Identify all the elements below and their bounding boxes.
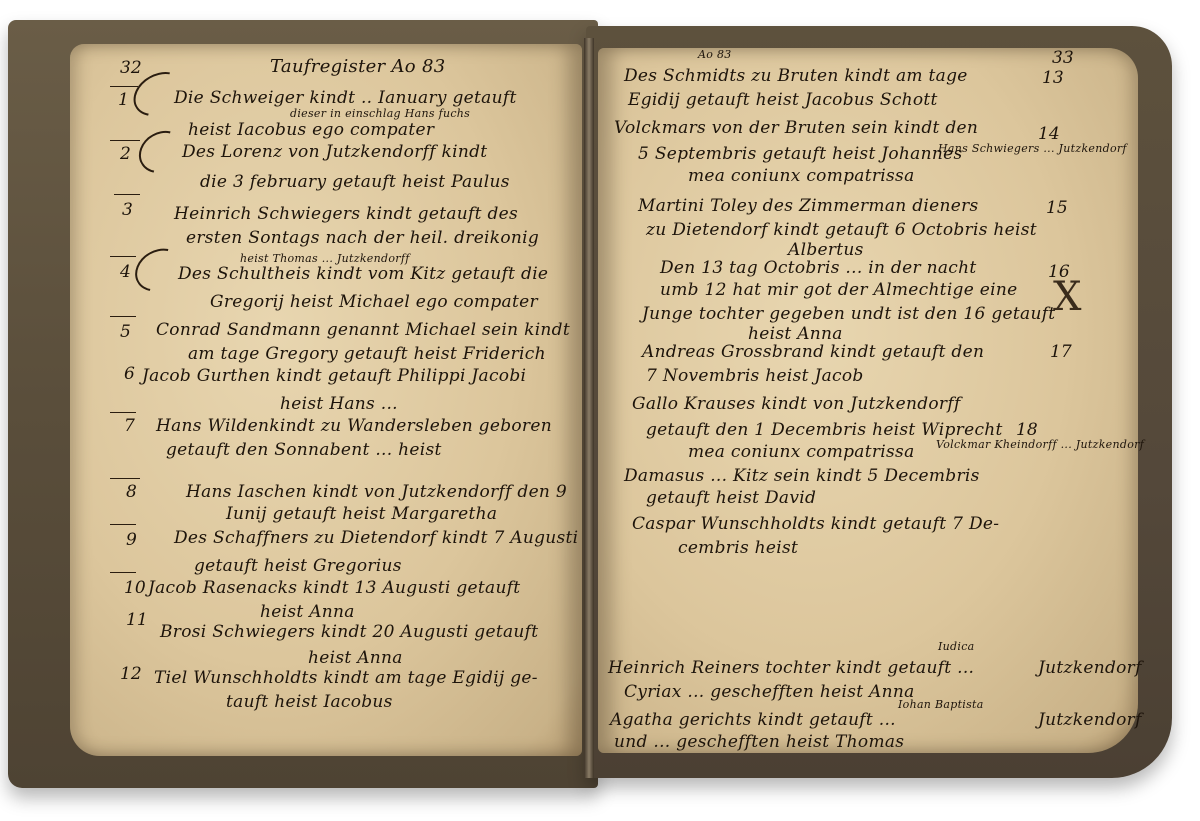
page-number: 32: [120, 58, 142, 78]
entry-line: heist Hans ...: [280, 394, 398, 414]
entry-line: Albertus: [788, 240, 864, 260]
place-note: Jutzkendorf: [1038, 710, 1142, 730]
entry-line: mea coniunx compatrissa: [688, 442, 915, 462]
entry-line: 7 Novembris heist Jacob: [646, 366, 864, 386]
entry-line: Des Lorenz von Jutzkendorff kindt: [182, 142, 487, 162]
entry-number: 15: [1046, 198, 1068, 218]
entry-line: Des Schmidts zu Bruten kindt am tage: [624, 66, 968, 86]
entry-line: Des Schaffners zu Dietendorf kindt 7 Aug…: [174, 528, 578, 548]
entry-line: heist Anna: [748, 324, 843, 344]
entry-note: dieser in einschlag Hans fuchs: [290, 107, 470, 120]
entry-line: Gregorij heist Michael ego compater: [210, 292, 538, 312]
book-spine: [584, 38, 594, 778]
entry-line: Egidij getauft heist Jacobus Schott: [628, 90, 938, 110]
entry-note: Iohan Baptista: [898, 698, 984, 711]
x-mark: X: [1053, 274, 1081, 320]
entry-line: Martini Toley des Zimmerman dieners: [638, 196, 979, 216]
entry-line: getauft heist Gregorius: [194, 556, 402, 576]
entry-line: Damasus ... Kitz sein kindt 5 Decembris: [624, 466, 980, 486]
entry-line: Hans Wildenkindt zu Wandersleben geboren: [156, 416, 552, 436]
entry-number: 12: [120, 664, 142, 684]
entry-line: Jacob Rasenacks kindt 13 Augusti getauft: [148, 578, 520, 598]
entry-line: cembris heist: [678, 538, 798, 558]
entry-line: Den 13 tag Octobris ... in der nacht: [660, 258, 977, 278]
entry-line: 5 Septembris getauft heist Johannes: [638, 144, 963, 164]
entry-number: 8: [126, 482, 137, 502]
entry-line: Jacob Gurthen kindt getauft Philippi Jac…: [142, 366, 526, 386]
entry-number: 6: [124, 364, 135, 384]
entry-line: und ... geschefften heist Thomas: [614, 732, 904, 752]
entry-line: Conrad Sandmann genannt Michael sein kin…: [156, 320, 570, 340]
entry-line: Brosi Schwiegers kindt 20 Augusti getauf…: [160, 622, 538, 642]
entry-line: Agatha gerichts kindt getauft ...: [610, 710, 896, 730]
page-number: 33: [1052, 48, 1074, 68]
entry-line: ersten Sontags nach der heil. dreikonig: [186, 228, 539, 248]
entry-line: getauft den 1 Decembris heist Wiprecht: [646, 420, 1003, 440]
entry-line: Hans Iaschen kindt von Jutzkendorff den …: [186, 482, 567, 502]
entry-line: am tage Gregory getauft heist Friderich: [188, 344, 546, 364]
entry-line: Tiel Wunschholdts kindt am tage Egidij g…: [154, 668, 538, 688]
entry-line: Iunij getauft heist Margaretha: [226, 504, 497, 524]
open-book: 32 Taufregister Ao 83 1 Die Schweiger ki…: [8, 18, 1176, 790]
entry-line: heist Anna: [308, 648, 403, 668]
entry-note: Hans Schwiegers ... Jutzkendorf: [938, 142, 1127, 155]
entry-line: tauft heist Iacobus: [226, 692, 393, 712]
entry-line: heist Iacobus ego compater: [188, 120, 434, 140]
page-heading: Ao 83: [698, 48, 732, 61]
entry-number: 18: [1016, 420, 1038, 440]
entry-note: Volckmar Kheindorff ... Jutzkendorf: [936, 438, 1144, 451]
entry-number: 13: [1042, 68, 1064, 88]
entry-line: umb 12 hat mir got der Almechtige eine: [660, 280, 1018, 300]
entry-line: Volckmars von der Bruten sein kindt den: [614, 118, 978, 138]
entry-line: Des Schultheis kindt vom Kitz getauft di…: [178, 264, 548, 284]
entry-line: zu Dietendorf kindt getauft 6 Octobris h…: [646, 220, 1037, 240]
entry-number: 5: [120, 322, 131, 342]
entry-line: Die Schweiger kindt .. Ianuary getauft: [174, 88, 517, 108]
entry-number: 9: [126, 530, 137, 550]
entry-line: Heinrich Schwiegers kindt getauft des: [174, 204, 518, 224]
entry-line: mea coniunx compatrissa: [688, 166, 915, 186]
entry-number: 7: [124, 416, 135, 436]
entry-number: 3: [122, 200, 133, 220]
entry-line: Heinrich Reiners tochter kindt getauft .…: [608, 658, 974, 678]
page-heading: Taufregister Ao 83: [270, 56, 445, 77]
entry-number: 1: [118, 90, 129, 110]
entry-line: Cyriax ... geschefften heist Anna: [624, 682, 915, 702]
entry-line: heist Anna: [260, 602, 355, 622]
right-page: Ao 83 33 Des Schmidts zu Bruten kindt am…: [598, 48, 1138, 753]
entry-note: Iudica: [938, 640, 975, 653]
entry-number: 11: [126, 610, 148, 630]
entry-line: Caspar Wunschholdts kindt getauft 7 De-: [632, 514, 999, 534]
entry-number: 14: [1038, 124, 1060, 144]
entry-number: 2: [120, 144, 131, 164]
left-page: 32 Taufregister Ao 83 1 Die Schweiger ki…: [70, 44, 582, 756]
entry-number: 17: [1050, 342, 1072, 362]
entry-line: Andreas Grossbrand kindt getauft den: [642, 342, 984, 362]
entry-number: 4: [120, 262, 131, 282]
place-note: Jutzkendorf: [1038, 658, 1142, 678]
entry-line: Gallo Krauses kindt von Jutzkendorff: [632, 394, 961, 414]
entry-line: getauft den Sonnabent ... heist: [166, 440, 442, 460]
entry-line: Junge tochter gegeben undt ist den 16 ge…: [642, 304, 1055, 324]
entry-line: getauft heist David: [646, 488, 816, 508]
entry-number: 10: [124, 578, 146, 598]
entry-line: die 3 february getauft heist Paulus: [200, 172, 510, 192]
